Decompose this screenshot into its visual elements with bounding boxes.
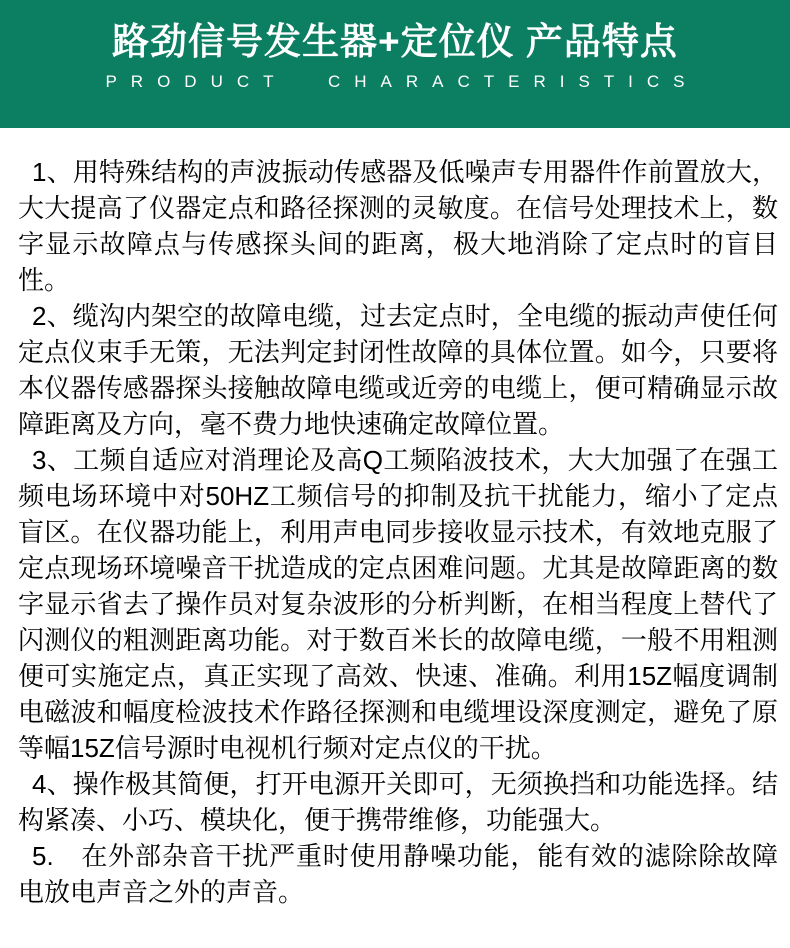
feature-list: 1、用特殊结构的声波振动传感器及低噪声专用器件作前置放大，大大提高了仪器定点和路… — [0, 128, 790, 910]
feature-item-4: 4、操作极其简便，打开电源开关即可，无须换挡和功能选择。结构紧凑、小巧、模块化，… — [18, 766, 778, 838]
feature-item-3: 3、工频自适应对消理论及高Q工频陷波技术，大大加强了在强工频电场环境中对50HZ… — [18, 442, 778, 766]
page-title: 路劲信号发生器+定位仪 产品特点 — [0, 21, 790, 63]
product-features-banner: 路劲信号发生器+定位仪 产品特点 PRODUCT CHARACTERISTICS — [0, 0, 790, 128]
feature-item-1: 1、用特殊结构的声波振动传感器及低噪声专用器件作前置放大，大大提高了仪器定点和路… — [18, 154, 778, 298]
feature-item-5: 5. 在外部杂音干扰严重时使用静噪功能，能有效的滤除除故障电放电声音之外的声音。 — [18, 838, 778, 910]
feature-item-2: 2、缆沟内架空的故障电缆，过去定点时，全电缆的振动声使任何定点仪束手无策，无法判… — [18, 298, 778, 442]
page-subtitle: PRODUCT CHARACTERISTICS — [0, 72, 790, 92]
